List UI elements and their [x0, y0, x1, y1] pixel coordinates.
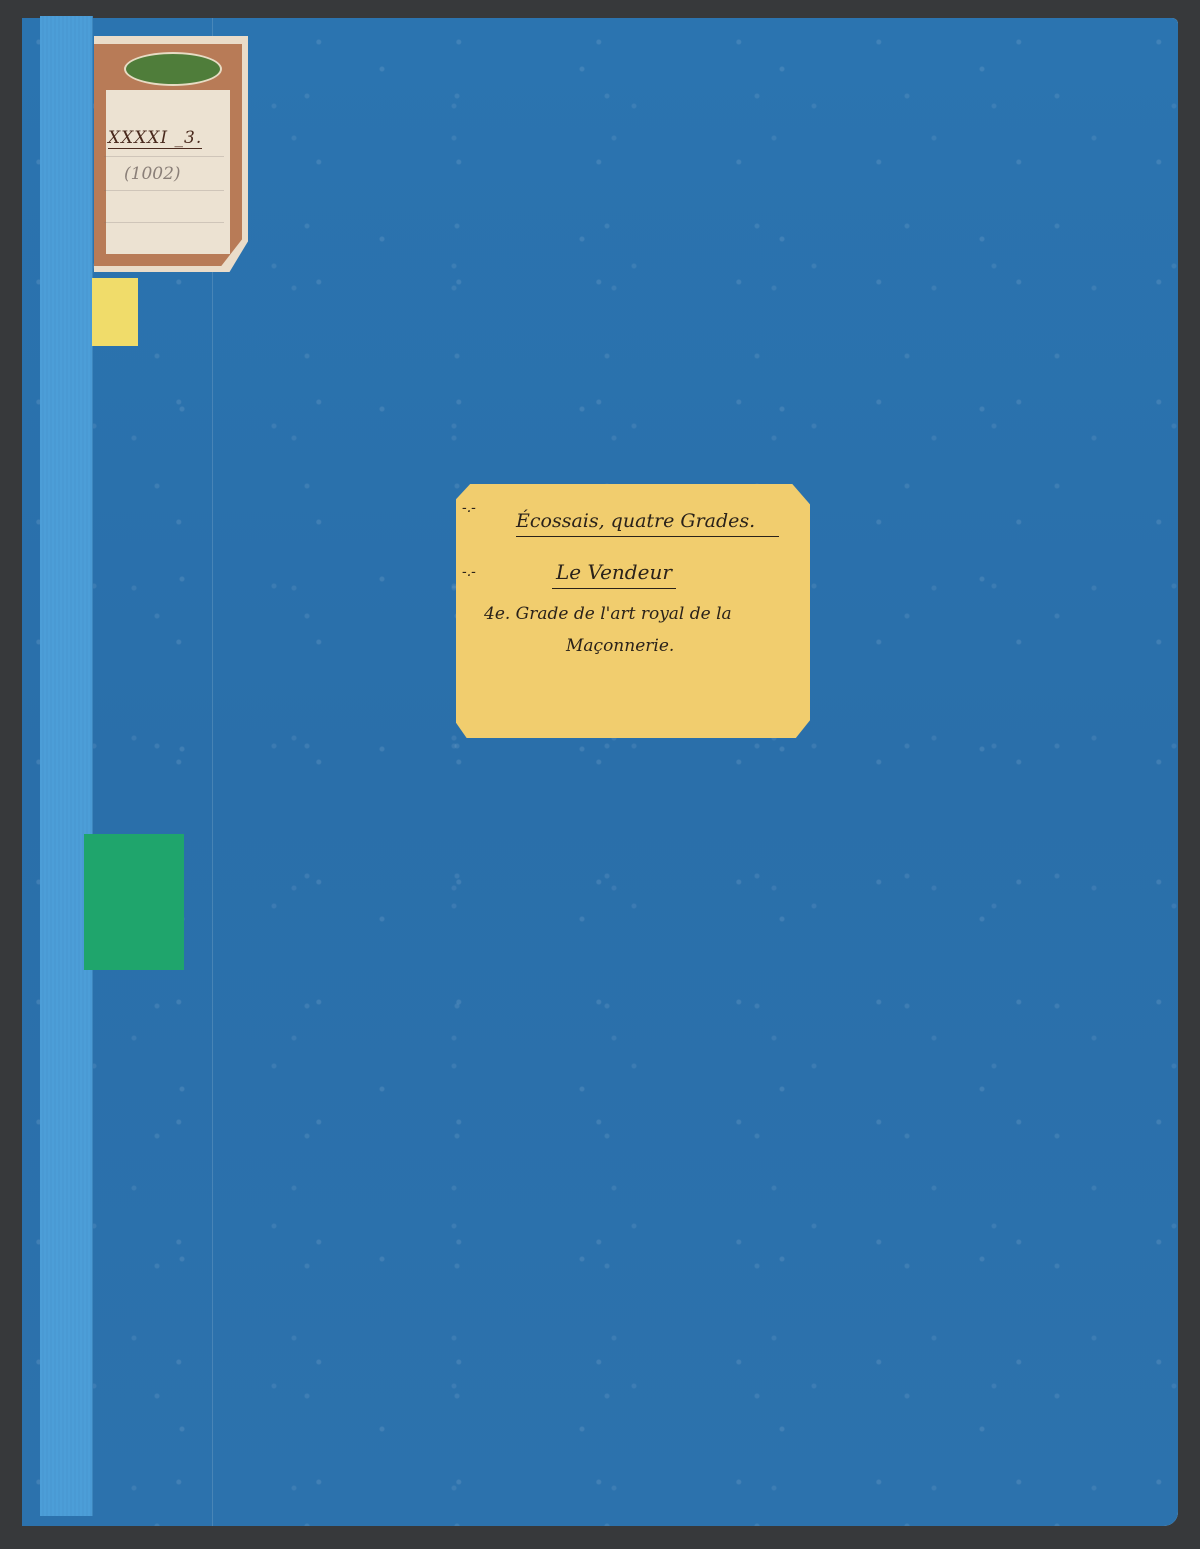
- yellow-tab: [92, 278, 138, 346]
- title-label: -.- Écossais, quatre Grades. -.- Le Vend…: [456, 484, 810, 738]
- title-mark-1: -.-: [462, 500, 476, 516]
- shelf-label-rule: [104, 190, 224, 191]
- shelf-label: XXXXI _3. (1002): [94, 36, 248, 272]
- green-tab: [84, 834, 184, 970]
- title-line-1: Écossais, quatre Grades.: [516, 510, 779, 537]
- shelf-label-rule: [104, 156, 224, 157]
- title-mark-2: -.-: [462, 564, 476, 580]
- title-line-3: 4e. Grade de l'art royal de la: [484, 604, 732, 624]
- spine-tape: [40, 16, 92, 1516]
- shelf-label-rule: [104, 222, 224, 223]
- title-line-2: Le Vendeur: [552, 560, 676, 589]
- shelf-number: (1002): [124, 164, 181, 184]
- title-line-4: Maçonnerie.: [566, 636, 674, 656]
- shelfmark: XXXXI _3.: [108, 128, 202, 149]
- shelf-label-oval: [124, 52, 222, 86]
